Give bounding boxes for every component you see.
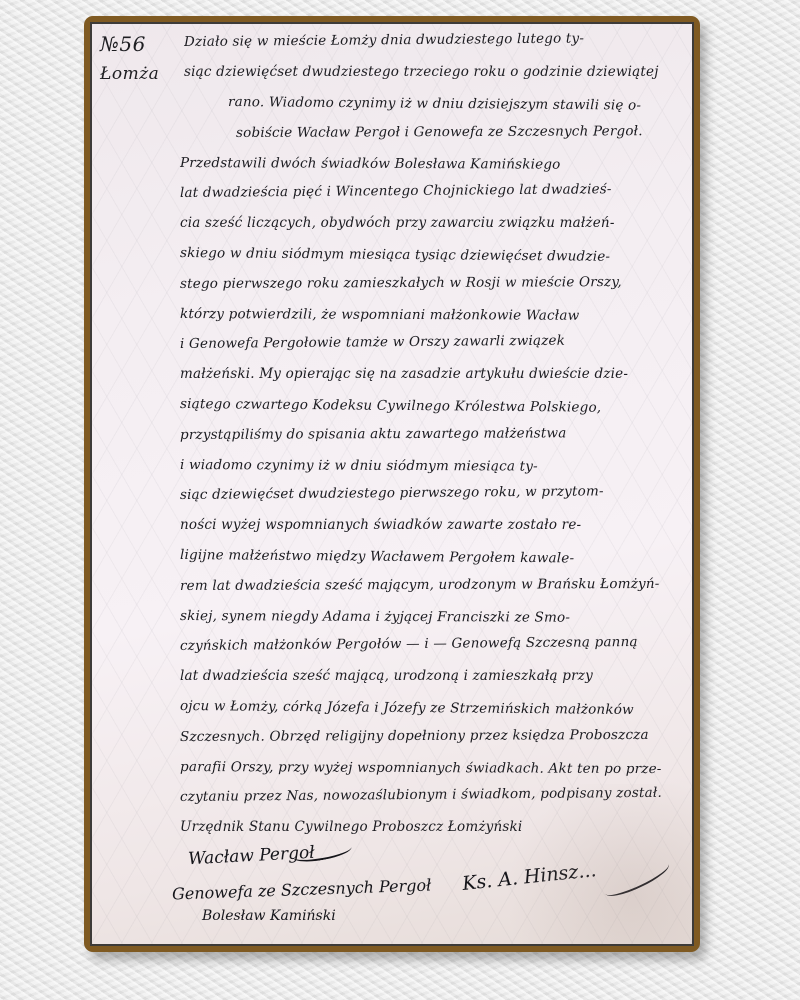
record-line: czyńskich małżonków Pergołów — i — Genow… [180, 634, 688, 654]
record-line: którzy potwierdzili, że wspomniani małżo… [180, 306, 688, 324]
record-line: skiej, synem niegdy Adama i żyjącej Fran… [180, 608, 688, 626]
record-line: siąc dziewięćset dwudziestego pierwszego… [180, 483, 688, 503]
record-line: rano. Wiadomo czynimy iż w dniu dzisiejs… [228, 94, 688, 114]
record-line: parafii Orszy, przy wyżej wspomnianych ś… [180, 759, 688, 777]
record-line: przystąpiliśmy do spisania aktu zawarteg… [180, 424, 688, 442]
document-frame: №56 Łomża Działo się w mieście Łomży dni… [84, 16, 700, 952]
record-line: czytaniu przez Nas, nowozaślubionym i św… [180, 785, 688, 805]
signature-priest: Ks. A. Hinsz... [461, 859, 597, 895]
record-line: Urzędnik Stanu Cywilnego Proboszcz Łomży… [180, 819, 688, 835]
record-line: cia sześć liczących, obydwóch przy zawar… [180, 215, 688, 231]
record-line: siątego czwartego Kodeksu Cywilnego Król… [180, 396, 688, 416]
act-number: №56 [100, 32, 146, 56]
record-line: rem lat dwadzieścia sześć mającym, urodz… [180, 575, 688, 593]
signature-witness: Bolesław Kamiński [202, 908, 336, 924]
record-line: małżeński. My opierając się na zasadzie … [180, 366, 688, 382]
record-line: skiego w dniu siódmym miesiąca tysiąc dz… [180, 245, 688, 265]
record-line: ligijne małżeństwo między Wacławem Pergo… [180, 547, 688, 567]
record-line: i wiadomo czynimy iż w dniu siódmym mies… [180, 457, 688, 475]
record-line: i Genowefa Pergołowie tamże w Orszy zawa… [180, 332, 688, 352]
record-line: Przedstawili dwóch świadków Bolesława Ka… [180, 155, 688, 173]
record-line: stego pierwszego roku zamieszkałych w Ro… [180, 273, 688, 291]
record-line: ności wyżej wspomnianych świadków zawart… [180, 517, 688, 533]
record-line: lat dwadzieścia sześć mającą, urodzoną i… [180, 668, 688, 684]
signature-bride: Genowefa ze Szczesnych Pergoł [172, 875, 432, 903]
record-line: ojcu w Łomży, córką Józefa i Józefy ze S… [180, 698, 688, 718]
record-line: Działo się w mieście Łomży dnia dwudzies… [184, 30, 688, 50]
record-line: Szczesnych. Obrzęd religijny dopełniony … [180, 726, 688, 744]
document-page: №56 Łomża Działo się w mieście Łomży dni… [90, 22, 694, 946]
signature-flourish [601, 856, 672, 902]
place-name: Łomża [100, 64, 159, 84]
record-line: sobiście Wacław Pergoł i Genowefa ze Szc… [236, 123, 688, 141]
record-line: siąc dziewięćset dwudziestego trzeciego … [184, 64, 688, 80]
record-line: lat dwadzieścia pięć i Wincentego Chojni… [180, 181, 688, 201]
